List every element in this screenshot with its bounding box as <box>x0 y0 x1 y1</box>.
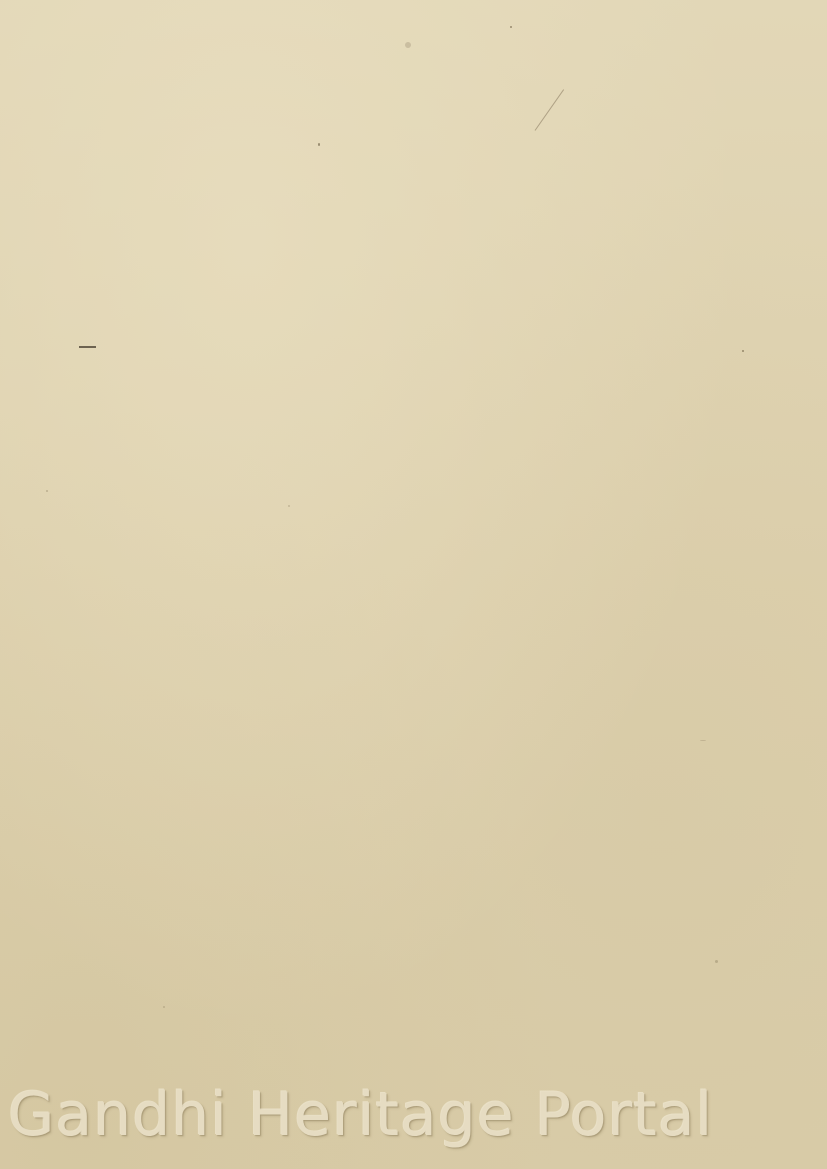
watermark-text: Gandhi Heritage Portal <box>8 1080 823 1150</box>
paper-scratch <box>79 346 96 348</box>
scanned-page: Gandhi Heritage Portal <box>0 0 827 1169</box>
paper-speck <box>46 490 48 492</box>
paper-speck <box>715 960 718 963</box>
paper-speck <box>318 143 320 146</box>
paper-speck <box>700 740 706 741</box>
paper-speck <box>288 505 290 507</box>
paper-speck <box>405 42 411 48</box>
paper-speck <box>163 1006 165 1008</box>
paper-speck <box>742 350 744 352</box>
paper-speck <box>510 26 512 28</box>
paper-scratch <box>535 89 564 131</box>
